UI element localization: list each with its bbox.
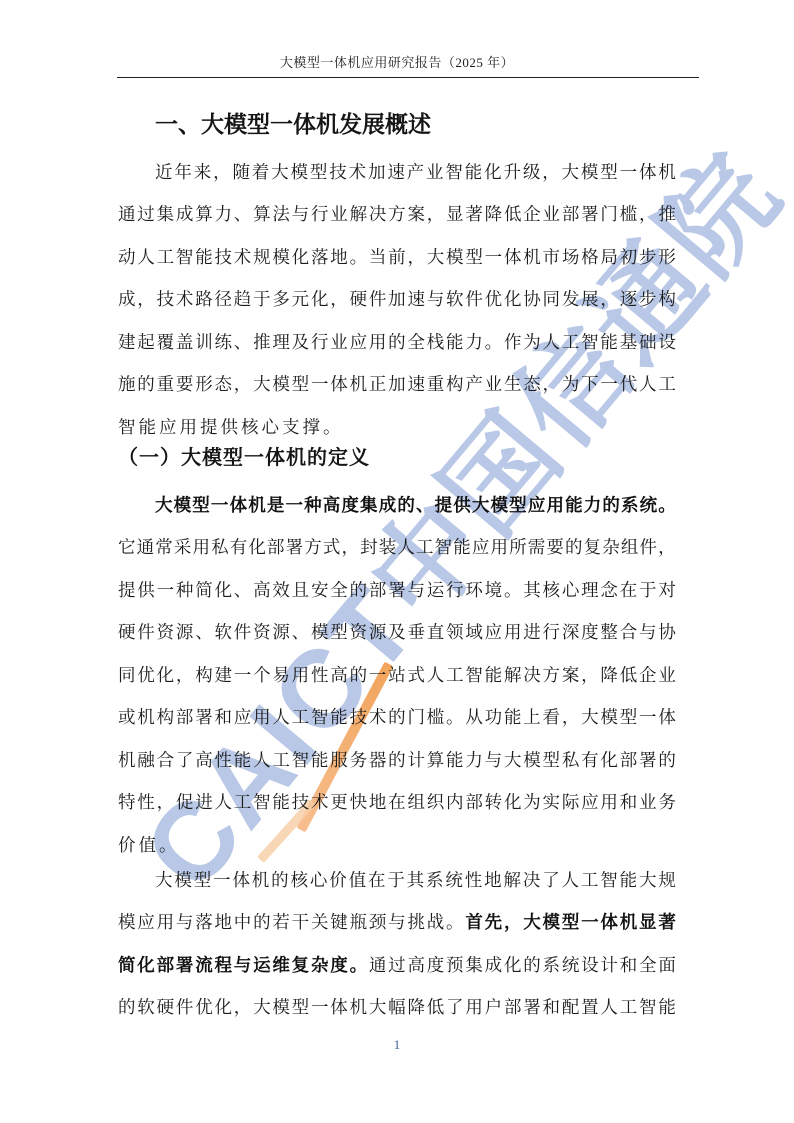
body-line: 动人工智能技术规模化落地。当前，大模型一体机市场格局初步形 (118, 235, 676, 278)
body-line: 简化部署流程与运维复杂度。通过高度预集成化的系统设计和全面 (118, 943, 676, 986)
body-line: 硬件资源、软件资源、模型资源及垂直领域应用进行深度整合与协 (118, 611, 676, 654)
body-line: 建起覆盖训练、推理及行业应用的全栈能力。作为人工智能基础设 (118, 320, 676, 363)
page-header-title: 大模型一体机应用研究报告（2025 年） (0, 52, 794, 71)
body-line: 大模型一体机的核心价值在于其系统性地解决了人工智能大规 (118, 858, 676, 901)
paragraph-core-value: 大模型一体机的核心价值在于其系统性地解决了人工智能大规模应用与落地中的若干关键瓶… (118, 858, 676, 1028)
body-line: 它通常采用私有化部署方式，封装人工智能应用所需要的复杂组件， (118, 526, 676, 569)
body-line: 特性，促进人工智能技术更快地在组织内部转化为实际应用和业务 (118, 781, 676, 824)
body-line: 或机构部署和应用人工智能技术的门槛。从功能上看，大模型一体 (118, 696, 676, 739)
body-line: 施的重要形态，大模型一体机正加速重构产业生态，为下一代人工 (118, 363, 676, 406)
body-line: 同优化，构建一个易用性高的一站式人工智能解决方案，降低企业 (118, 653, 676, 696)
body-line: 通过集成算力、算法与行业解决方案，显著降低企业部署门槛，推 (118, 193, 676, 236)
body-line: 近年来，随着大模型技术加速产业智能化升级，大模型一体机 (118, 150, 676, 193)
document-page: CAICT中国信通院 大模型一体机应用研究报告（2025 年） 一、大模型一体机… (0, 0, 794, 1123)
paragraph-overview: 近年来，随着大模型技术加速产业智能化升级，大模型一体机通过集成算力、算法与行业解… (118, 150, 676, 448)
body-line: 机融合了高性能人工智能服务器的计算能力与大模型私有化部署的 (118, 738, 676, 781)
subsection-heading: （一）大模型一体机的定义 (118, 441, 370, 470)
body-line: 大模型一体机是一种高度集成的、提供大模型应用能力的系统。 (118, 483, 676, 526)
section-heading: 一、大模型一体机发展概述 (155, 106, 431, 139)
paragraph-definition: 大模型一体机是一种高度集成的、提供大模型应用能力的系统。它通常采用私有化部署方式… (118, 483, 676, 866)
page-number: 1 (0, 1037, 794, 1053)
body-line: 提供一种简化、高效且安全的部署与运行环境。其核心理念在于对 (118, 568, 676, 611)
body-line: 模应用与落地中的若干关键瓶颈与挑战。首先，大模型一体机显著 (118, 901, 676, 944)
body-line: 成，技术路径趋于多元化，硬件加速与软件优化协同发展，逐步构 (118, 278, 676, 321)
body-line: 的软硬件优化，大模型一体机大幅降低了用户部署和配置人工智能 (118, 986, 676, 1029)
header-rule (117, 77, 699, 78)
